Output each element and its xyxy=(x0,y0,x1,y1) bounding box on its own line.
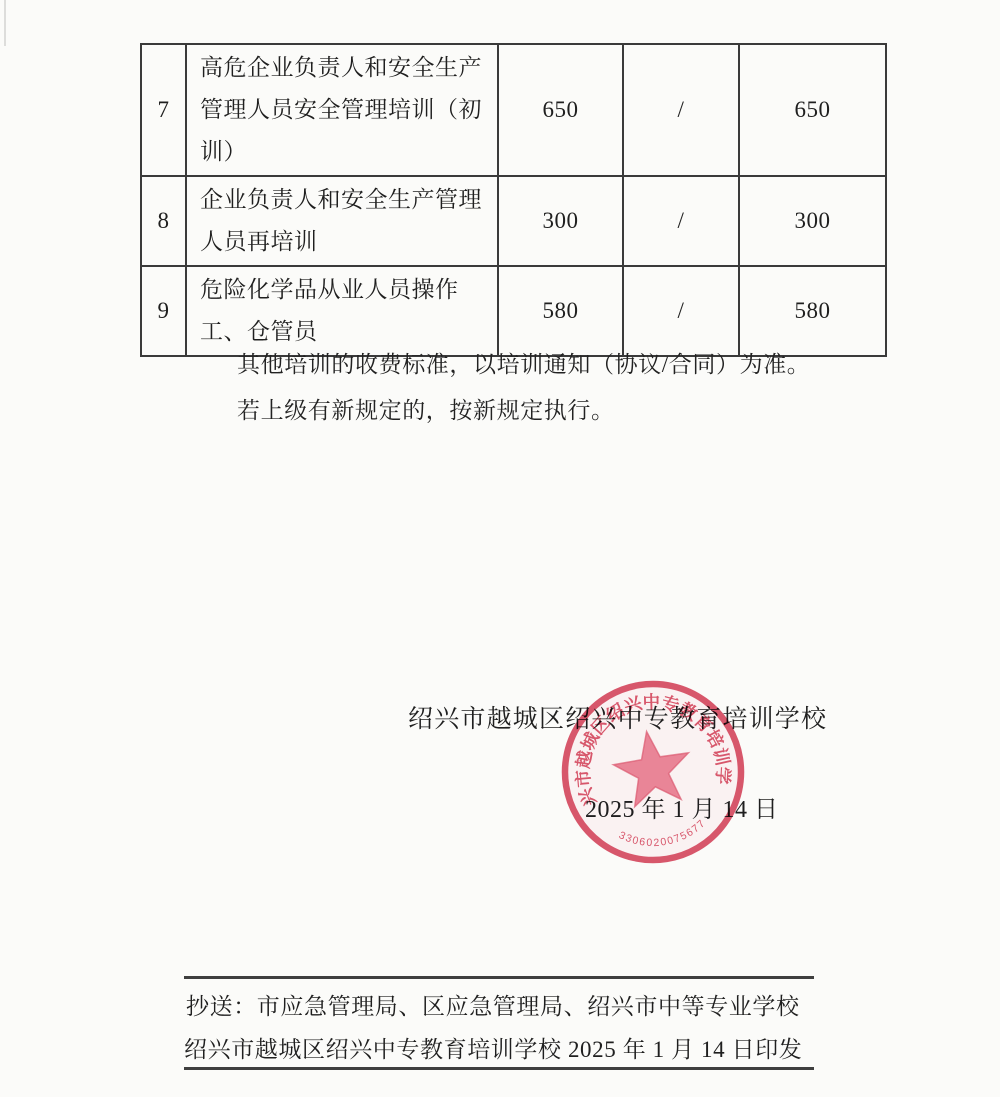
body-line: 其他培训的收费标准，以培训通知（协议/合同）为准。 xyxy=(237,342,810,388)
row-number-cell: 9 xyxy=(141,266,186,356)
scan-edge-artifact xyxy=(4,0,6,46)
fee-table: 7 高危企业负责人和安全生产管理人员安全管理培训（初训） 650 / 650 8… xyxy=(140,43,887,357)
course-name-cell: 企业负责人和安全生产管理人员再培训 xyxy=(186,176,498,266)
total-cell: 650 xyxy=(739,44,886,176)
signature-org-name: 绍兴市越城区绍兴中专教育培训学校 xyxy=(408,699,827,735)
footer-cc-line: 抄送：市应急管理局、区应急管理局、绍兴市中等专业学校 xyxy=(186,988,800,1021)
discount-cell: / xyxy=(623,176,739,266)
row-number-cell: 7 xyxy=(141,44,186,176)
fee-cell: 650 xyxy=(498,44,623,176)
total-cell: 300 xyxy=(739,176,886,266)
row-number-cell: 8 xyxy=(141,176,186,266)
body-paragraph: 其他培训的收费标准，以培训通知（协议/合同）为准。 若上级有新规定的，按新规定执… xyxy=(237,342,810,434)
footer-top-rule xyxy=(184,976,814,979)
table-row: 8 企业负责人和安全生产管理人员再培训 300 / 300 xyxy=(141,176,886,266)
table-row: 7 高危企业负责人和安全生产管理人员安全管理培训（初训） 650 / 650 xyxy=(141,44,886,176)
body-line: 若上级有新规定的，按新规定执行。 xyxy=(237,388,810,434)
official-seal-stamp: 绍兴市越城区绍兴中专教育培训学校 3306020075677 xyxy=(533,652,773,892)
course-name-cell: 高危企业负责人和安全生产管理人员安全管理培训（初训） xyxy=(186,44,498,176)
footer-bottom-rule xyxy=(184,1067,814,1070)
signature-date: 2025 年 1 月 14 日 xyxy=(585,789,779,824)
discount-cell: / xyxy=(623,44,739,176)
fee-cell: 300 xyxy=(498,176,623,266)
footer-issue-line: 绍兴市越城区绍兴中专教育培训学校 2025 年 1 月 14 日印发 xyxy=(184,1031,802,1064)
